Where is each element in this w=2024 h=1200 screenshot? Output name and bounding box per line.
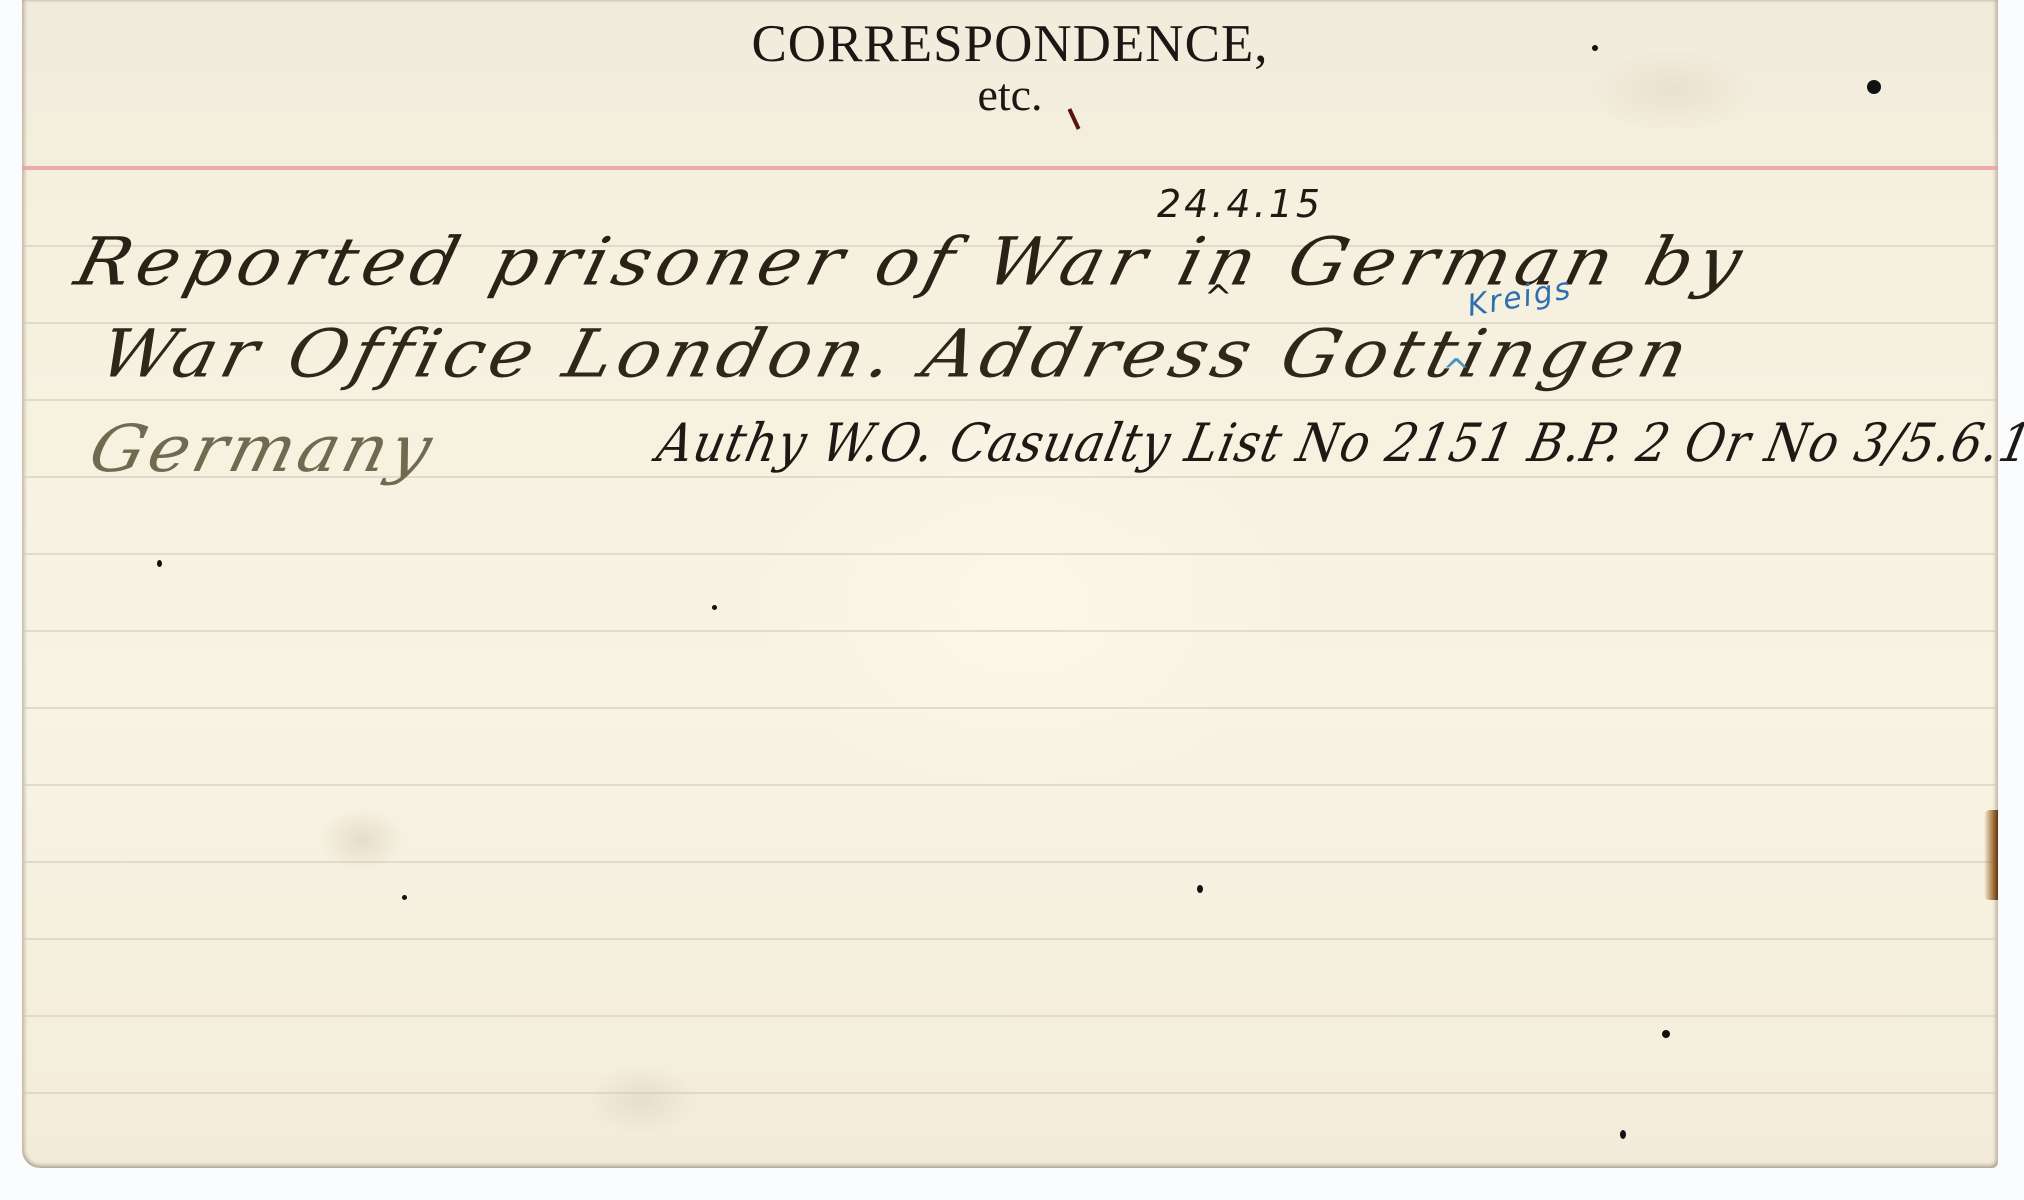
entry-line-3-country: Germany xyxy=(82,412,443,487)
ink-speck xyxy=(712,605,717,610)
ink-speck xyxy=(1620,1130,1626,1139)
card-title: CORRESPONDENCE, xyxy=(22,16,1998,72)
header-margin-rule xyxy=(22,166,1998,170)
record-card: CORRESPONDENCE, etc. 24.4.15 Reported pr… xyxy=(22,0,1998,1168)
ink-speck xyxy=(1867,80,1881,94)
date-annotation: 24.4.15 xyxy=(1157,182,1323,226)
ink-speck xyxy=(1592,45,1598,51)
ink-speck xyxy=(1197,885,1203,893)
ink-speck xyxy=(1662,1030,1670,1038)
entry-line-3-authority: Authy W.O. Casualty List No 2151 B.P. 2 … xyxy=(652,412,2024,474)
insert-caret: ^ xyxy=(1204,278,1233,318)
edge-stain xyxy=(1984,810,1998,900)
ink-speck xyxy=(402,895,407,900)
card-subtitle: etc. xyxy=(22,70,1998,120)
ink-speck xyxy=(157,560,162,567)
blue-insert-caret: ^ xyxy=(1442,352,1471,392)
